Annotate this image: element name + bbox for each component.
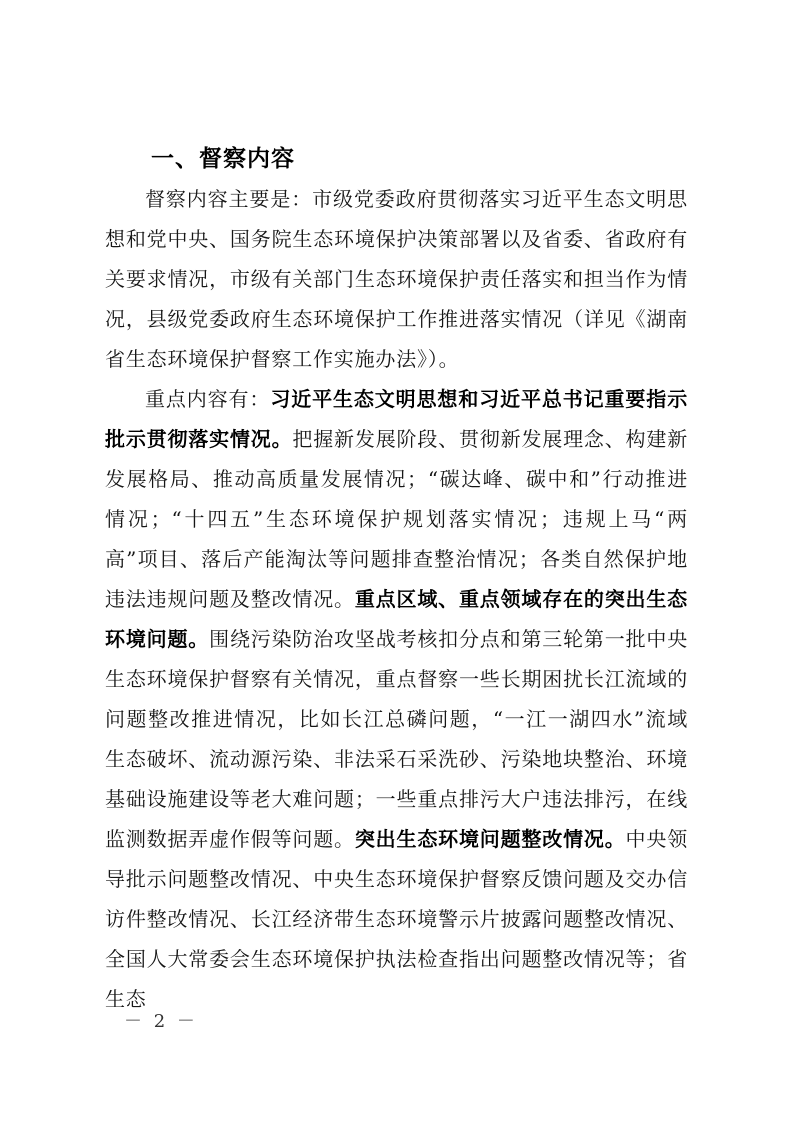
paragraph: 重点内容有：习近平生态文明思想和习近平总书记重要指示批示贯彻落实情况。把握新发展… <box>105 379 688 1019</box>
body-text: 把握新发展阶段、贯彻新发展理念、构建新发展格局、推动高质量发展情况；“碳达峰、碳… <box>105 427 688 611</box>
document-body: 督察内容主要是：市级党委政府贯彻落实习近平生态文明思想和党中央、国务院生态环境保… <box>105 179 688 1019</box>
body-text: 围绕污染防治攻坚战考核扣分点和第三轮第一批中央生态环境保护督察有关情况，重点督察… <box>105 627 688 851</box>
section-heading: 一、督察内容 <box>105 139 688 179</box>
body-text: 中央领导批示问题整改情况、中央生态环境保护督察反馈问题及交办信访件整改情况、长江… <box>105 827 688 1011</box>
document-page: 一、督察内容 督察内容主要是：市级党委政府贯彻落实习近平生态文明思想和党中央、国… <box>0 0 793 1122</box>
page-number: － 2 － <box>124 1008 198 1036</box>
body-text: 重点内容有： <box>145 387 270 411</box>
emphasis-text: 突出生态环境问题整改情况。 <box>355 827 626 851</box>
body-text: 督察内容主要是：市级党委政府贯彻落实习近平生态文明思想和党中央、国务院生态环境保… <box>105 187 688 371</box>
paragraph: 督察内容主要是：市级党委政府贯彻落实习近平生态文明思想和党中央、国务院生态环境保… <box>105 179 688 379</box>
